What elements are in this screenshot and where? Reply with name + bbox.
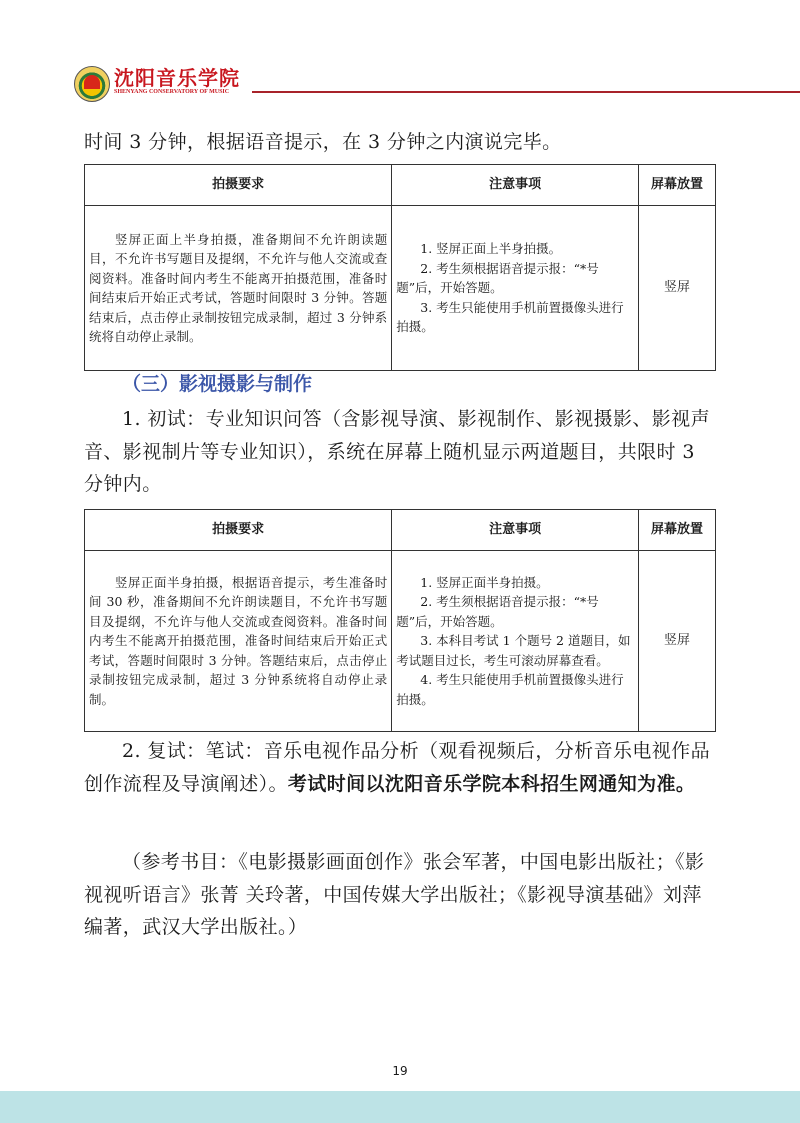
- header-shooting-requirements: 拍摄要求: [85, 165, 392, 206]
- table-header-row: 拍摄要求 注意事项 屏幕放置: [85, 510, 716, 551]
- page-number: 19: [0, 1064, 800, 1078]
- note-item: 2. 考生须根据语音提示报：“*号题”后，开始答题。: [396, 259, 634, 298]
- header-screen-placement: 屏幕放置: [638, 510, 715, 551]
- requirements-table-2: 拍摄要求 注意事项 屏幕放置 竖屏正面半身拍摄，根据语音提示，考生准备时间 30…: [84, 509, 716, 732]
- screen-placement-cell: 竖屏: [638, 206, 715, 371]
- references-paragraph: （参考书目：《电影摄影画面创作》张会军著，中国电影出版社；《影视视听语言》张菁 …: [84, 846, 716, 944]
- note-item: 4. 考生只能使用手机前置摄像头进行拍摄。: [396, 670, 634, 709]
- header-notes: 注意事项: [392, 510, 639, 551]
- school-name-en: SHENYANG CONSERVATORY OF MUSIC: [114, 89, 229, 95]
- table-row: 竖屏正面上半身拍摄，准备期间不允许朗读题目，不允许书写题目及提纲，不允许与他人交…: [85, 206, 716, 371]
- note-item: 1. 竖屏正面上半身拍摄。: [396, 239, 634, 259]
- page-header: 沈阳音乐学院 SHENYANG CONSERVATORY OF MUSIC: [74, 62, 800, 102]
- table-header-row: 拍摄要求 注意事项 屏幕放置: [85, 165, 716, 206]
- school-name-cn: 沈阳音乐学院: [114, 62, 240, 91]
- initial-exam-paragraph: 1. 初试：专业知识问答（含影视导演、影视制作、影视摄影、影视声音、影视制片等专…: [84, 403, 716, 501]
- notes-cell: 1. 竖屏正面半身拍摄。 2. 考生须根据语音提示报：“*号题”后，开始答题。 …: [392, 551, 639, 732]
- requirements-table-1: 拍摄要求 注意事项 屏幕放置 竖屏正面上半身拍摄，准备期间不允许朗读题目，不允许…: [84, 164, 716, 371]
- requirements-cell: 竖屏正面上半身拍摄，准备期间不允许朗读题目，不允许书写题目及提纲，不允许与他人交…: [85, 206, 392, 371]
- note-item: 3. 本科目考试 1 个题号 2 道题目，如考试题目过长，考生可滚动屏幕查看。: [396, 631, 634, 670]
- screen-placement-cell: 竖屏: [638, 551, 715, 732]
- note-item: 1. 竖屏正面半身拍摄。: [396, 573, 634, 593]
- footer-band: [0, 1091, 800, 1123]
- section-title: （三）影视摄影与制作: [122, 369, 312, 396]
- intro-line: 时间 3 分钟，根据语音提示，在 3 分钟之内演说完毕。: [84, 126, 716, 159]
- retest-notice-bold: 考试时间以沈阳音乐学院本科招生网通知为准。: [288, 773, 695, 795]
- notes-cell: 1. 竖屏正面上半身拍摄。 2. 考生须根据语音提示报：“*号题”后，开始答题。…: [392, 206, 639, 371]
- table-row: 竖屏正面半身拍摄，根据语音提示，考生准备时间 30 秒，准备期间不允许朗读题目，…: [85, 551, 716, 732]
- header-screen-placement: 屏幕放置: [638, 165, 715, 206]
- retest-paragraph: 2. 复试：笔试：音乐电视作品分析（观看视频后，分析音乐电视作品创作流程及导演阐…: [84, 735, 716, 800]
- note-item: 2. 考生须根据语音提示报：“*号题”后，开始答题。: [396, 592, 634, 631]
- requirements-cell: 竖屏正面半身拍摄，根据语音提示，考生准备时间 30 秒，准备期间不允许朗读题目，…: [85, 551, 392, 732]
- header-notes: 注意事项: [392, 165, 639, 206]
- header-divider: [252, 91, 800, 93]
- note-item: 3. 考生只能使用手机前置摄像头进行拍摄。: [396, 298, 634, 337]
- header-shooting-requirements: 拍摄要求: [85, 510, 392, 551]
- school-emblem-icon: [74, 66, 110, 102]
